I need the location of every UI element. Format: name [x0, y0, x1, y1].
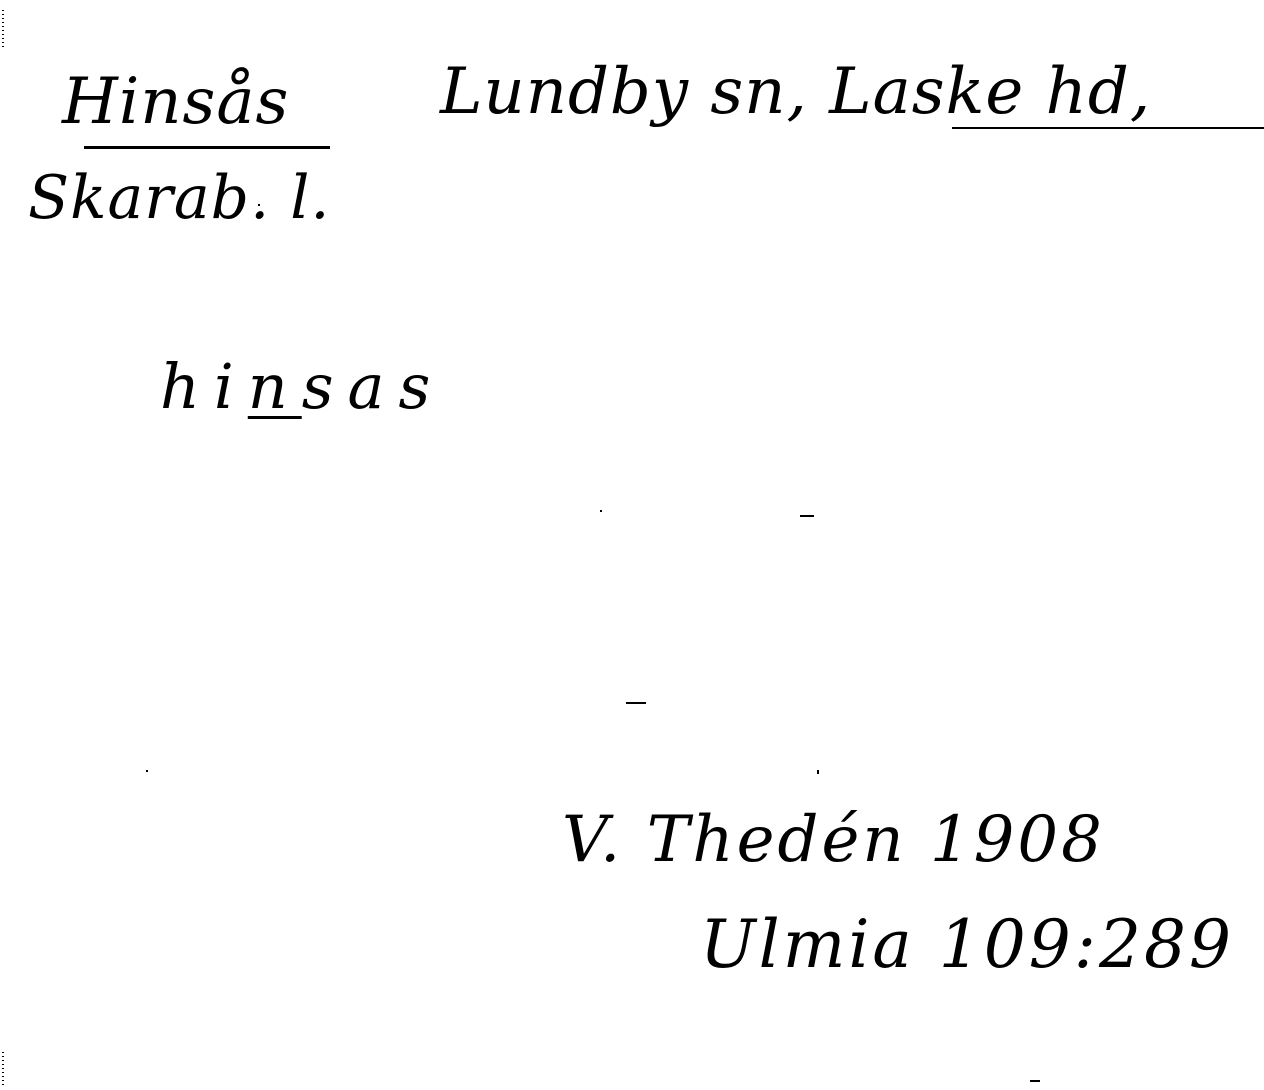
scan-speck	[146, 770, 148, 772]
archive-card: Hinsås Lundby sn, Laske hd, Skarab. l. h…	[0, 0, 1264, 1090]
scan-speck	[817, 770, 819, 774]
place-name-underline	[84, 146, 330, 149]
parish-rule	[952, 127, 1264, 129]
collector-and-year: V. Thedén 1908	[562, 808, 1105, 872]
archive-reference: Ulmia 109:289	[700, 912, 1234, 978]
scan-speck	[1030, 1080, 1040, 1082]
scan-edge-noise	[2, 10, 4, 50]
phonetic-stress-mark: n	[248, 350, 302, 423]
phonetic-transcription: hinsas	[160, 356, 444, 418]
place-name: Hinsås	[62, 70, 289, 134]
phonetic-part: hi	[160, 350, 248, 423]
county: Skarab. l.	[28, 168, 331, 228]
scan-speck	[600, 510, 602, 512]
parish-district-line: Lundby sn, Laske hd,	[440, 60, 1151, 124]
scan-speck	[258, 204, 260, 206]
scan-edge-noise	[2, 1052, 4, 1086]
scan-speck	[800, 515, 814, 517]
phonetic-part: sas	[302, 350, 445, 423]
scan-speck	[626, 702, 646, 704]
